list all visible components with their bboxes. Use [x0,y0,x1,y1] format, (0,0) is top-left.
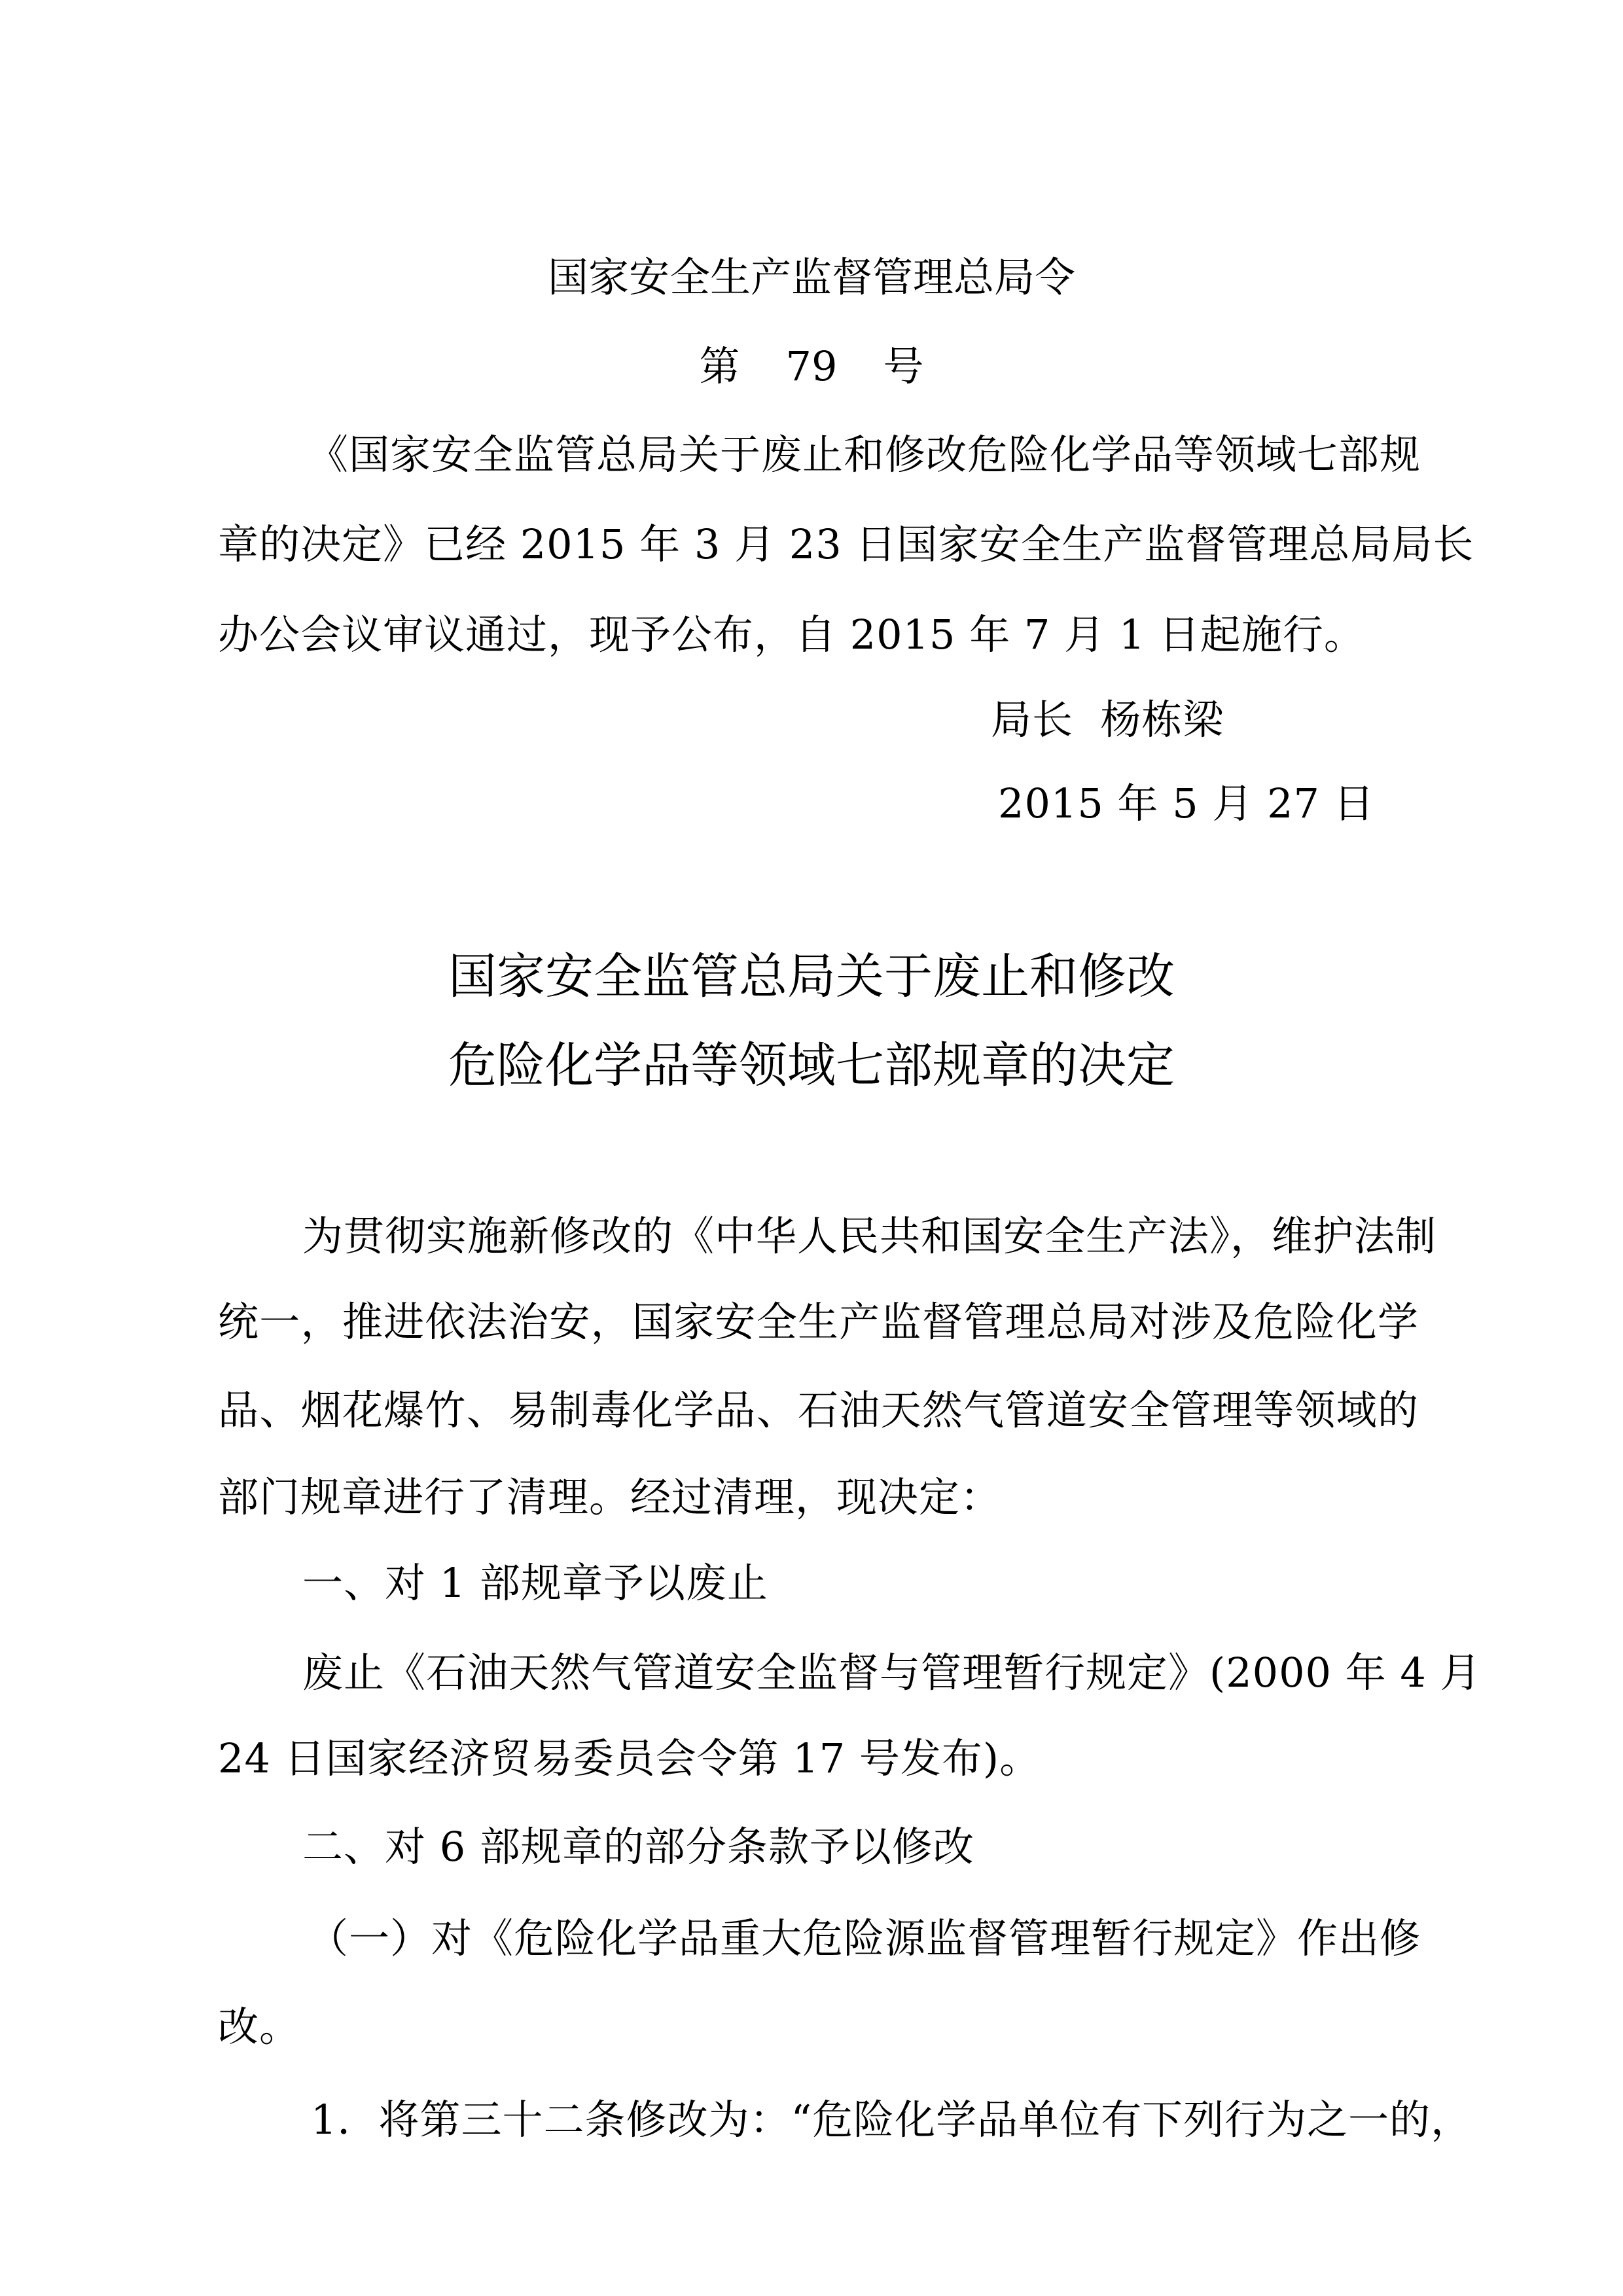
order-number-prefix: 第 [700,346,740,387]
signature-date: 2015 年 5 月 27 日 [998,783,1375,824]
announcement-line: 章的决定》已经 2015 年 3 月 23 日国家安全生产监督管理总局局长 [218,524,1419,565]
preamble-line: 统一，推进依法治安，国家安全生产监督管理总局对涉及危险化学 [218,1302,1419,1342]
decision-title-line: 危险化学品等领域七部规章的决定 [0,1041,1623,1090]
decision-title-line: 国家安全监管总局关于废止和修改 [0,952,1623,1001]
preamble-line: 为贯彻实施新修改的《中华人民共和国安全生产法》，维护法制 [302,1216,1419,1257]
item-1: 1．将第三十二条修改为：“危险化学品单位有下列行为之一的， [311,2100,1419,2140]
order-issuer-title: 国家安全生产监督管理总局令 [0,257,1623,298]
preamble-line: 品、烟花爆竹、易制毒化学品、石油天然气管道安全管理等领域的 [218,1390,1419,1431]
section-1-heading: 一、对 1 部规章予以废止 [302,1563,768,1604]
announcement-line: 办公会议审议通过，现予公布，自 2015 年 7 月 1 日起施行。 [218,615,1365,655]
subsection-1-line: （一）对《危险化学品重大危险源监督管理暂行规定》作出修 [308,1918,1419,1959]
section-2-heading: 二、对 6 部规章的部分条款予以修改 [302,1827,974,1867]
order-number-value: 79 [786,346,838,387]
preamble-line: 部门规章进行了清理。经过清理，现决定： [218,1477,1001,1518]
signatory: 局长 杨栋梁 [991,700,1224,740]
order-number-suffix: 号 [883,346,923,387]
announcement-line: 《国家安全监管总局关于废止和修改危险化学品等领域七部规 [308,435,1419,475]
section-1-line: 废止《石油天然气管道安全监督与管理暂行规定》(2000 年 4 月 [302,1653,1408,1693]
subsection-1-line: 改。 [218,2007,300,2047]
section-1-line: 24 日国家经济贸易委员会令第 17 号发布)。 [218,1738,1041,1779]
order-number: 第79号 [0,346,1623,387]
